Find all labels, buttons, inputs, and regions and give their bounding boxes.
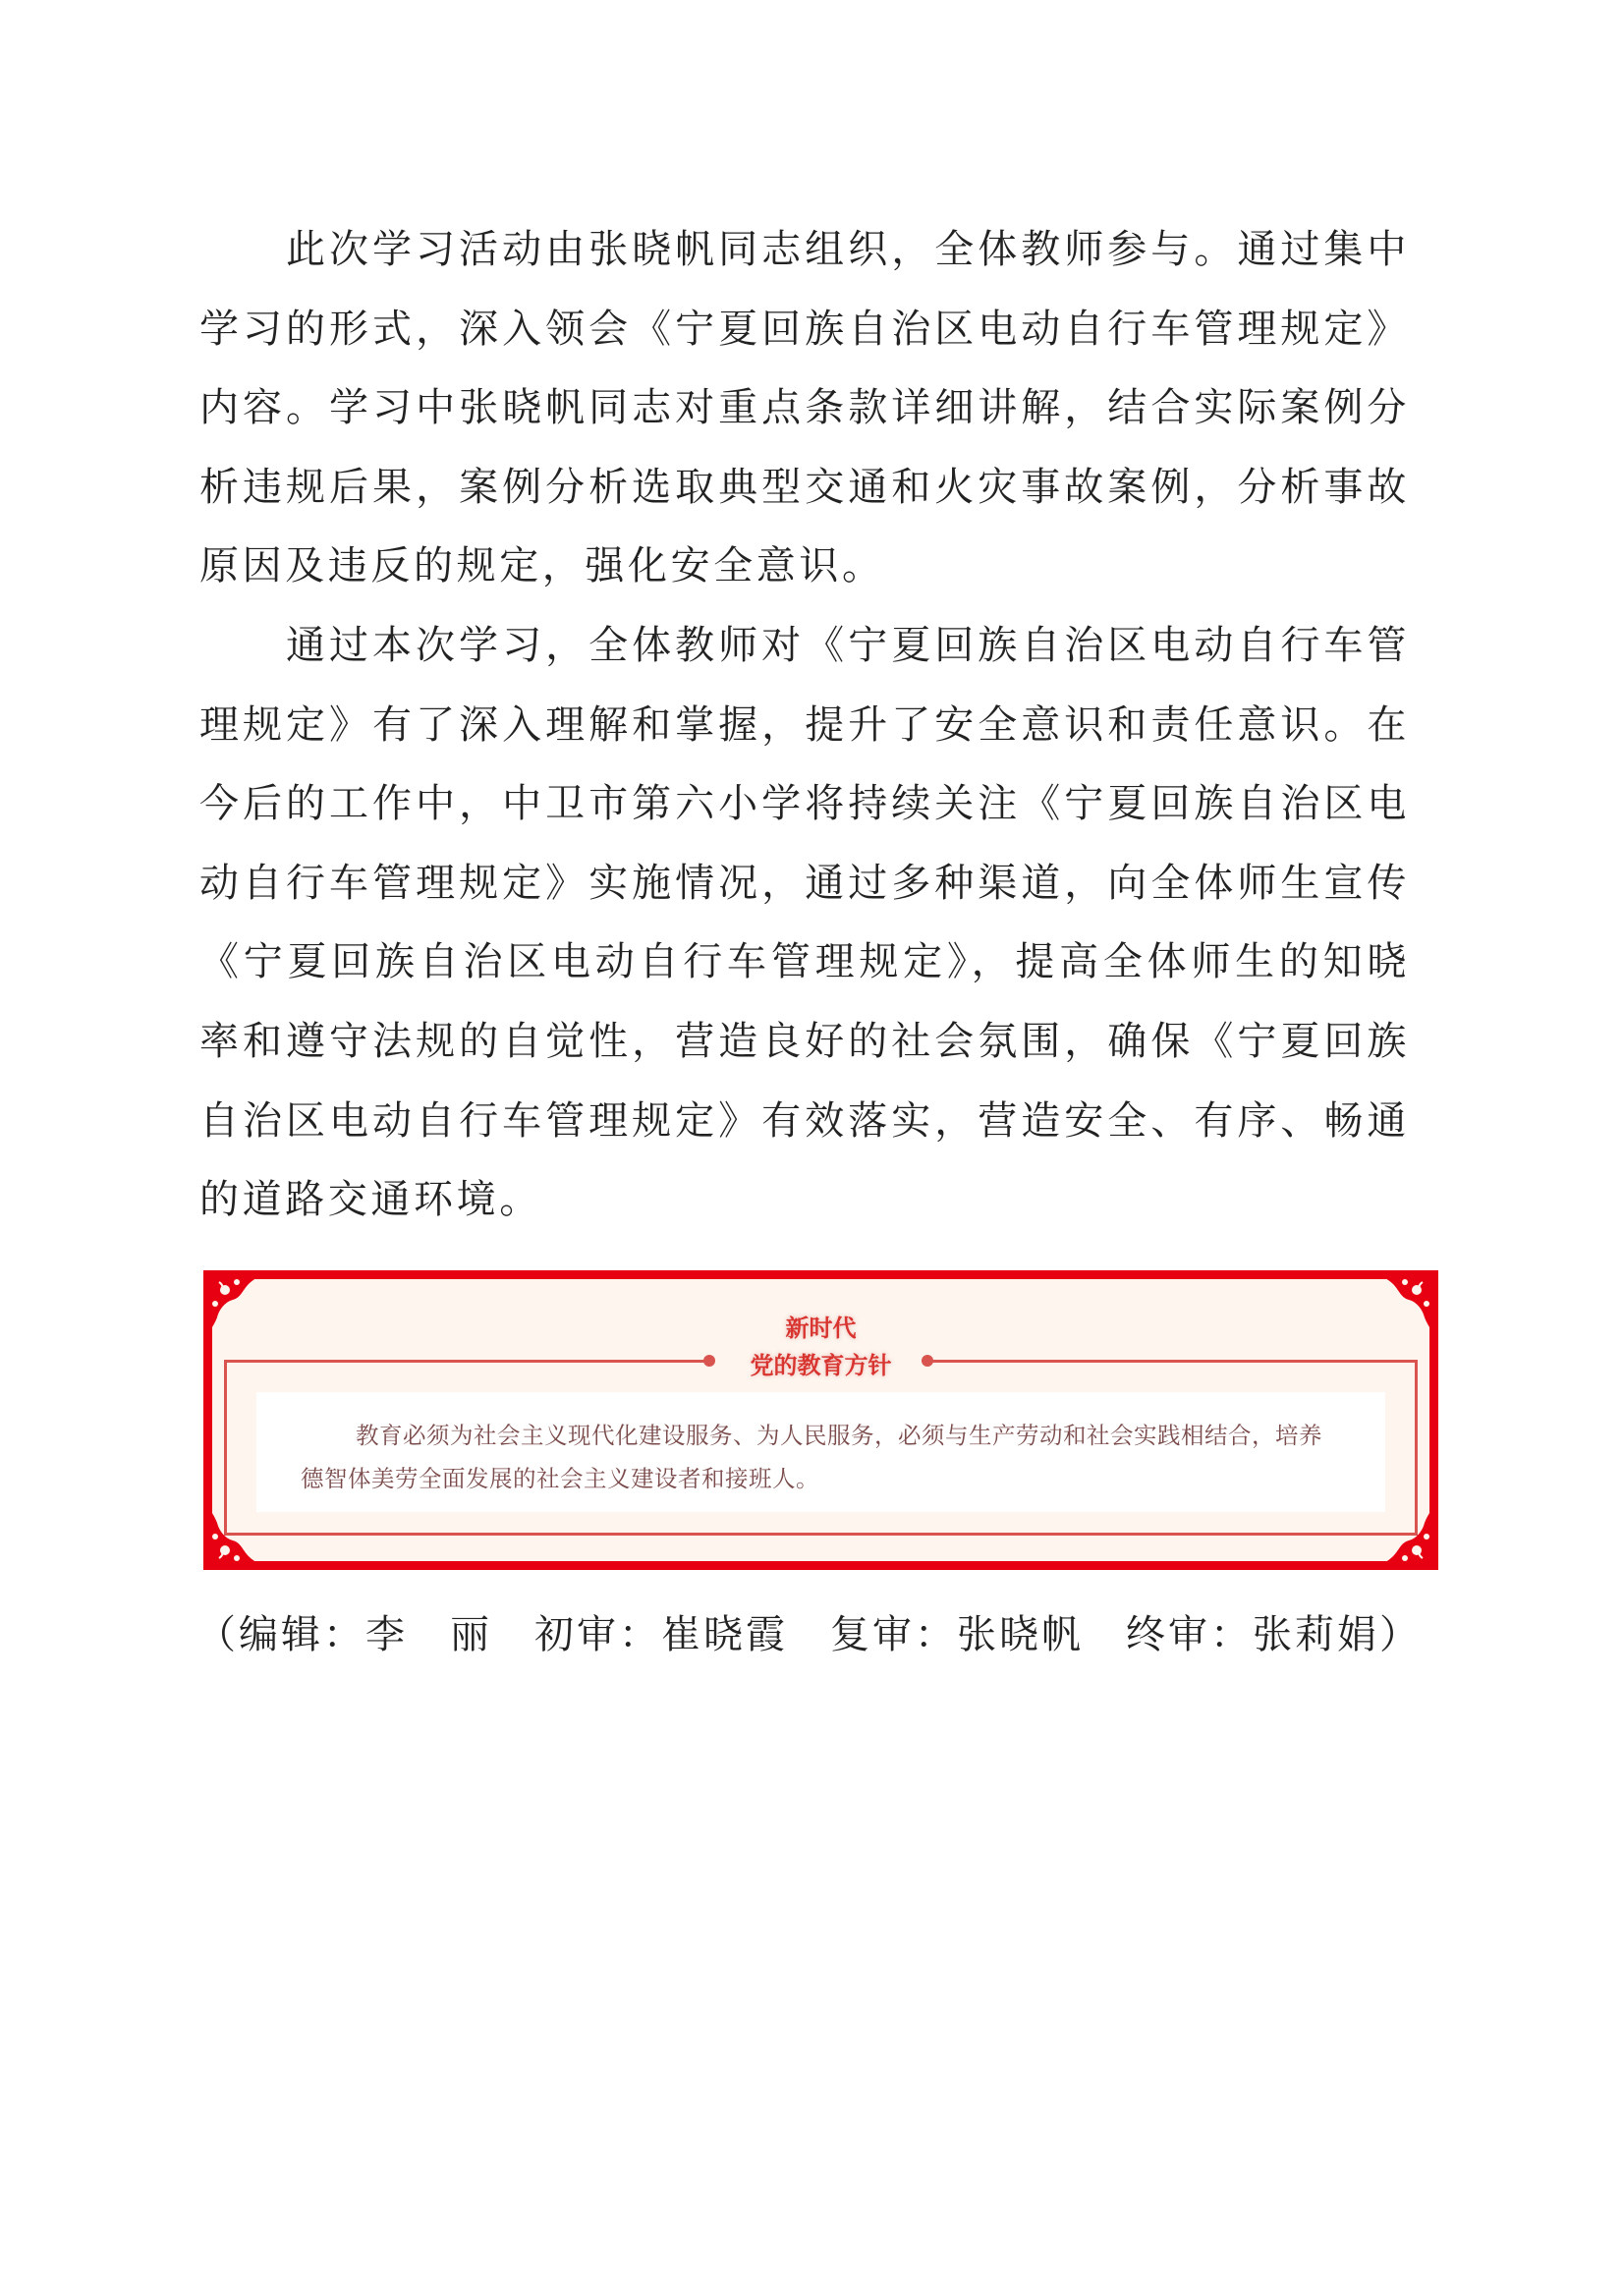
paragraph-study-outcome: 通过本次学习，全体教师对《宁夏回族自治区电动自行车管理规定》有了深入理解和掌握，…	[199, 606, 1410, 1240]
banner-title-line2: 党的教育方针	[212, 1346, 1429, 1380]
education-motto: 教育必须为社会主义现代化建设服务、为人民服务，必须与生产劳动和社会实践相结合，培…	[301, 1414, 1341, 1500]
ornament-corner-top-right-icon	[1370, 1270, 1438, 1339]
motto-box: 教育必须为社会主义现代化建设服务、为人民服务，必须与生产劳动和社会实践相结合，培…	[256, 1392, 1385, 1512]
banner-title-line1: 新时代	[212, 1309, 1429, 1343]
ornament-corner-top-left-icon	[203, 1270, 272, 1339]
motto-text-block: 教育必须为社会主义现代化建设服务、为人民服务，必须与生产劳动和社会实践相结合，培…	[301, 1414, 1341, 1500]
banner-background: 新时代 党的教育方针 教育必须为社会主义现代化建设服务、为人民服务，必须与生产劳…	[212, 1279, 1429, 1561]
paragraph-study-activity: 此次学习活动由张晓帆同志组织，全体教师参与。通过集中学习的形式，深入领会《宁夏回…	[199, 210, 1410, 606]
editorial-credits: （编辑：李 丽 初审：崔晓霞 复审：张晓帆 终审：张莉娟）	[196, 1607, 1444, 1662]
article-body: 此次学习活动由张晓帆同志组织，全体教师参与。通过集中学习的形式，深入领会《宁夏回…	[199, 210, 1410, 1240]
ornament-corner-bottom-left-icon	[203, 1501, 272, 1570]
education-policy-banner: 新时代 党的教育方针 教育必须为社会主义现代化建设服务、为人民服务，必须与生产劳…	[203, 1270, 1438, 1570]
ornament-corner-bottom-right-icon	[1370, 1501, 1438, 1570]
document-page: 此次学习活动由张晓帆同志组织，全体教师参与。通过集中学习的形式，深入领会《宁夏回…	[0, 0, 1623, 2296]
